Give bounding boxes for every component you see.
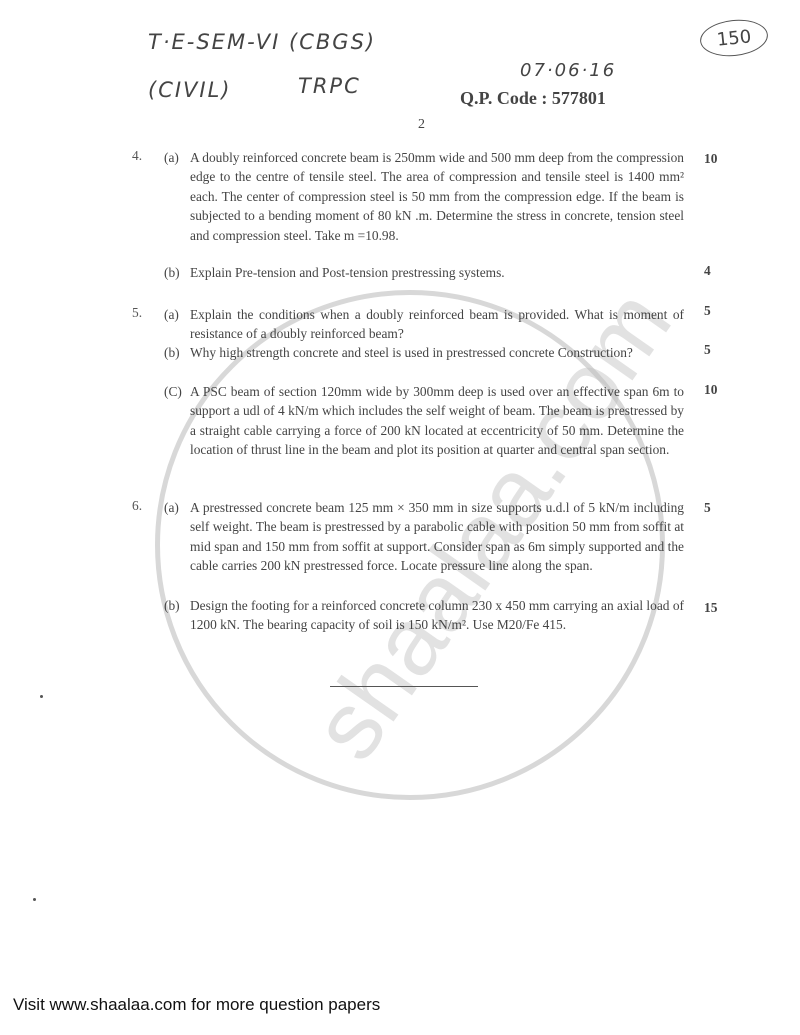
- marks: 4: [704, 263, 711, 279]
- footer-link-text: Visit www.shaalaa.com for more question …: [13, 995, 380, 1015]
- marks: 5: [704, 500, 711, 516]
- question-number: 6.: [132, 498, 142, 514]
- part-label: (a): [164, 498, 179, 517]
- handwritten-branch: (CIVIL): [148, 78, 232, 102]
- end-rule: [330, 686, 478, 687]
- question-part: (b) Design the footing for a reinforced …: [164, 596, 684, 635]
- question-part: (b) Explain Pre-tension and Post-tension…: [164, 263, 684, 282]
- part-text: A doubly reinforced concrete beam is 250…: [190, 148, 684, 245]
- page-number: 2: [418, 117, 425, 133]
- marks: 10: [704, 382, 717, 398]
- part-text: A PSC beam of section 120mm wide by 300m…: [190, 382, 684, 460]
- handwritten-subject: TRPC: [298, 74, 361, 98]
- part-text: A prestressed concrete beam 125 mm × 350…: [190, 498, 684, 576]
- question-part: (a) Explain the conditions when a doubly…: [164, 305, 684, 344]
- part-text: Design the footing for a reinforced conc…: [190, 596, 684, 635]
- part-text: Why high strength concrete and steel is …: [190, 343, 684, 362]
- part-label: (b): [164, 263, 180, 282]
- part-text: Explain the conditions when a doubly rei…: [190, 305, 684, 344]
- part-label: (b): [164, 343, 180, 362]
- marks: 5: [704, 342, 711, 358]
- qp-code: Q.P. Code : 577801: [460, 88, 606, 109]
- marks: 10: [704, 151, 717, 167]
- marks: 5: [704, 303, 711, 319]
- question-part: (C) A PSC beam of section 120mm wide by …: [164, 382, 684, 460]
- question-part: (b) Why high strength concrete and steel…: [164, 343, 684, 362]
- question-part: (a) A prestressed concrete beam 125 mm ×…: [164, 498, 684, 576]
- handwritten-semester: T·E-SEM-VI (CBGS): [148, 30, 376, 54]
- handwritten-date: 07·06·16: [520, 60, 616, 81]
- part-label: (a): [164, 148, 179, 167]
- circled-number: 150: [698, 17, 769, 60]
- question-number: 4.: [132, 148, 142, 164]
- scan-speck: [40, 695, 43, 698]
- question-part: (a) A doubly reinforced concrete beam is…: [164, 148, 684, 245]
- marks: 15: [704, 600, 717, 616]
- part-text: Explain Pre-tension and Post-tension pre…: [190, 263, 684, 282]
- part-label: (a): [164, 305, 179, 324]
- part-label: (b): [164, 596, 180, 615]
- scan-speck: [33, 898, 36, 901]
- question-number: 5.: [132, 305, 142, 321]
- part-label: (C): [164, 382, 182, 401]
